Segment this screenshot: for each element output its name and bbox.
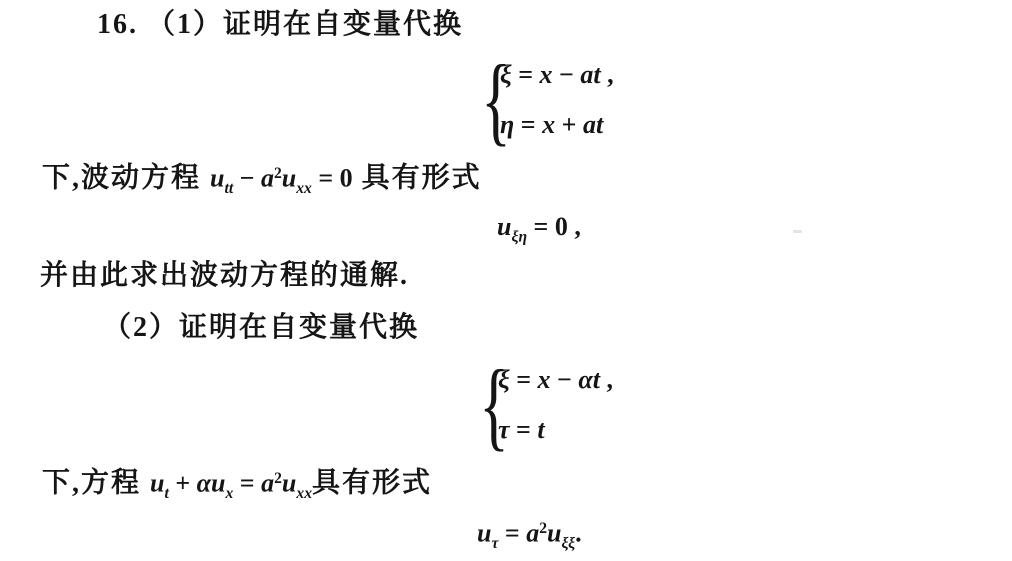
textbook-page: 16. （1）证明在自变量代换 { ξ = x − at , η = x + a…	[0, 0, 1012, 561]
math-token: ξξ	[561, 535, 575, 552]
math-token: xx	[296, 485, 312, 502]
problem-16-part-2-heading: （2）证明在自变量代换	[103, 311, 419, 345]
math-token: t	[537, 415, 544, 444]
math-token: a	[261, 164, 274, 193]
general-solution-sentence: 并由此求出波动方程的通解.	[40, 259, 409, 293]
convection-equation-sentence-suffix: 具有形式	[312, 468, 432, 499]
math-token: at	[580, 60, 600, 89]
convection-equation-sentence-prefix: 下,方程	[42, 468, 150, 499]
math-token: ξη	[511, 229, 527, 246]
wave-equation-sentence: 下,波动方程 utt − a2uxx = 0 具有形式	[42, 157, 482, 206]
math-token: =	[514, 110, 542, 139]
math-token: x	[538, 365, 551, 394]
math-token: ,	[600, 365, 613, 394]
wave-equation-sentence-prefix: 下,波动方程	[42, 163, 210, 194]
math-token: = 0	[312, 164, 353, 193]
left-brace: {	[479, 355, 509, 455]
convection-equation-inline-math: ut + αux = a2uxx	[150, 462, 312, 511]
math-token: 2	[274, 165, 282, 182]
math-token: −	[551, 365, 579, 394]
math-token: +	[169, 469, 197, 498]
math-token: x	[540, 60, 553, 89]
scan-speck	[793, 230, 802, 233]
math-token: xx	[296, 180, 312, 197]
system-1-equation-eta: η = x + at	[500, 110, 614, 140]
math-token: αu	[197, 469, 226, 498]
math-token: −	[233, 164, 261, 193]
math-token: = 0 ,	[527, 212, 581, 241]
math-token: =	[233, 469, 261, 498]
math-token: u	[477, 519, 491, 548]
math-token: at	[583, 110, 603, 139]
math-token: u	[282, 469, 296, 498]
math-token: =	[512, 60, 540, 89]
system-1-equation-xi: ξ = x − at ,	[500, 60, 614, 90]
substitution-system-2: { ξ = x − αt , τ = t	[474, 365, 613, 445]
math-token: a	[261, 469, 274, 498]
math-token: tt	[224, 180, 233, 197]
math-token: .	[575, 519, 582, 548]
wave-equation-sentence-suffix: 具有形式	[353, 163, 482, 194]
math-token: 2	[539, 520, 547, 537]
system-2-equation-tau: τ = t	[498, 415, 613, 445]
system-1-rows: ξ = x − at , η = x + at	[500, 60, 614, 140]
left-brace: {	[481, 50, 511, 150]
substitution-system-1: { ξ = x − at , η = x + at	[476, 60, 614, 140]
math-token: x	[542, 110, 555, 139]
math-token: u	[282, 164, 296, 193]
math-token: u	[547, 519, 561, 548]
math-token: 2	[274, 470, 282, 487]
convection-equation-sentence: 下,方程 ut + αux = a2uxx具有形式	[42, 462, 432, 511]
math-token: ,	[601, 60, 614, 89]
problem-16-part-1-heading: 16. （1）证明在自变量代换	[97, 8, 463, 42]
math-token: =	[510, 365, 538, 394]
math-token: αt	[578, 365, 600, 394]
math-token: u	[150, 469, 164, 498]
math-token: +	[555, 110, 583, 139]
math-token: u	[210, 164, 224, 193]
math-token: −	[553, 60, 581, 89]
math-token: u	[497, 212, 511, 241]
math-token: =	[510, 415, 538, 444]
system-2-rows: ξ = x − αt , τ = t	[498, 365, 613, 445]
transformed-equation-1: uξη = 0 ,	[497, 212, 581, 253]
wave-equation-inline-math: utt − a2uxx = 0	[210, 157, 353, 206]
math-token: =	[498, 519, 526, 548]
transformed-equation-2: uτ = a2uξξ.	[477, 514, 582, 559]
system-2-equation-xi: ξ = x − αt ,	[498, 365, 613, 395]
math-token: a	[526, 519, 539, 548]
